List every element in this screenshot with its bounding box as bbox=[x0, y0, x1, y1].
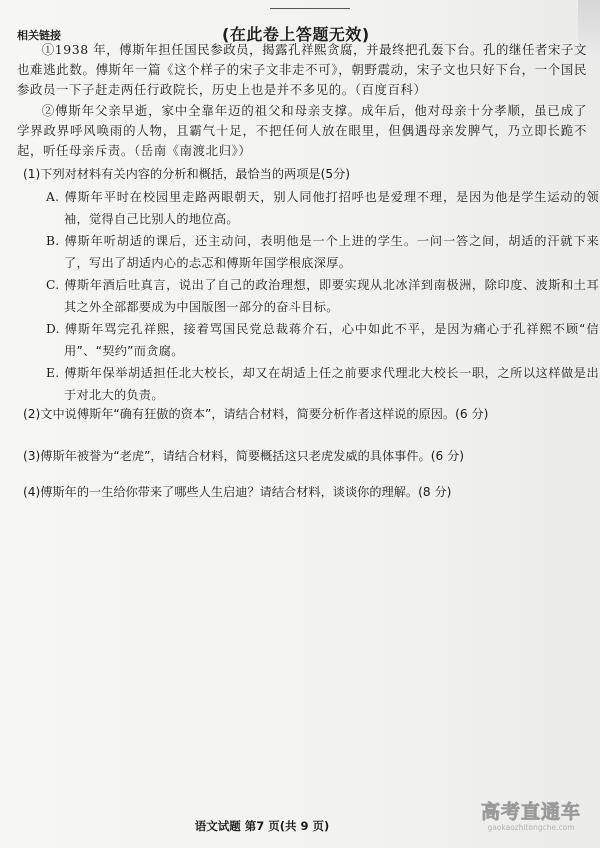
option-c: C.傅斯年酒后吐真言，说出了自己的政治理想，即要实现从北冰洋到南极洲，除印度、波… bbox=[46, 274, 599, 318]
watermark-logo: 高考直通车 gaokaozhitongche.com bbox=[476, 801, 586, 833]
option-a: A.傅斯年平时在校园里走路两眼朝天，别人同他打招呼也是爱理不理，是因为他是学生运… bbox=[46, 186, 599, 230]
exam-page: 相关链接 (在此卷上答题无效) ①1938 年，傅斯年担任国民参政员，揭露孔祥熙… bbox=[0, 0, 600, 848]
option-text: 傅斯年听胡适的课后，还主动问，表明他是一个上进的学生。一问一答之间，胡适的汗就下… bbox=[64, 234, 599, 270]
watermark-url: gaokaozhitongche.com bbox=[476, 823, 586, 833]
option-letter: A. bbox=[46, 186, 64, 208]
question-2: (2)文中说傅斯年“确有狂傲的资本”，请结合材料，简要分析作者这样说的原因。(6… bbox=[23, 404, 488, 425]
option-text: 傅斯年酒后吐真言，说出了自己的政治理想，即要实现从北冰洋到南极洲，除印度、波斯和… bbox=[64, 278, 599, 314]
top-rule-line bbox=[270, 8, 350, 9]
option-b: B.傅斯年听胡适的课后，还主动问，表明他是一个上进的学生。一问一答之间，胡适的汗… bbox=[46, 230, 599, 274]
watermark-title: 高考直通车 bbox=[476, 801, 586, 823]
question-1-stem: (1)下列对材料有关内容的分析和概括，最恰当的两项是(5分) bbox=[23, 164, 350, 185]
option-d: D.傅斯年骂完孔祥熙，接着骂国民党总裁蒋介石，心中如此不平，是因为痛心于孔祥熙不… bbox=[46, 318, 599, 362]
question-4: (4)傅斯年的一生给你带来了哪些人生启迪？请结合材料，谈谈你的理解。(8 分) bbox=[23, 482, 451, 503]
option-text: 傅斯年平时在校园里走路两眼朝天，别人同他打招呼也是爱理不理，是因为他是学生运动的… bbox=[64, 190, 599, 226]
material-2: ②傅斯年父亲早逝，家中全靠年迈的祖父和母亲支撑。成年后，他对母亲十分孝顺，虽已成… bbox=[17, 101, 587, 161]
option-letter: C. bbox=[46, 274, 64, 296]
option-letter: B. bbox=[46, 230, 64, 252]
question-3: (3)傅斯年被誉为“老虎”，请结合材料，简要概括这只老虎发威的具体事件。(6 分… bbox=[23, 446, 464, 467]
material-1: ①1938 年，傅斯年担任国民参政员，揭露孔祥熙贪腐，并最终把孔轰下台。孔的继任… bbox=[17, 40, 587, 100]
option-letter: E. bbox=[46, 362, 64, 384]
option-e: E.傅斯年保举胡适担任北大校长，却又在胡适上任之前要求代理北大校长一职，之所以这… bbox=[46, 362, 599, 406]
option-letter: D. bbox=[46, 318, 64, 340]
option-text: 傅斯年保举胡适担任北大校长，却又在胡适上任之前要求代理北大校长一职，之所以这样做… bbox=[64, 366, 599, 402]
option-text: 傅斯年骂完孔祥熙，接着骂国民党总裁蒋介石，心中如此不平，是因为痛心于孔祥熙不顾“… bbox=[64, 322, 599, 358]
